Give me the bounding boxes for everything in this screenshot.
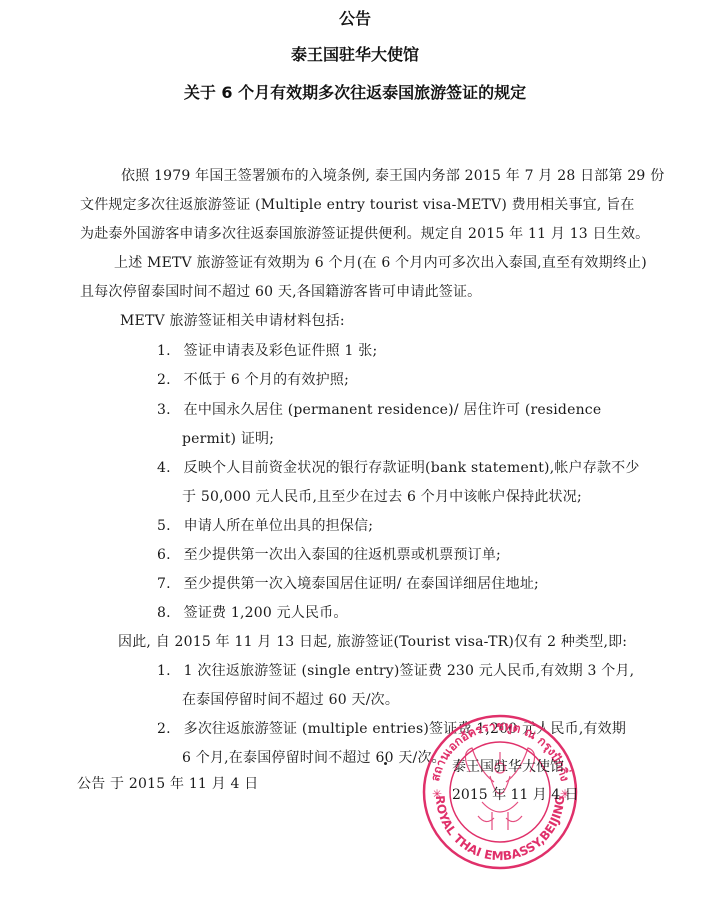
material-item-7: 7. 至少提供第一次入境泰国居住证明/ 在泰国详细居住地址; [157, 573, 539, 593]
material-item-4-cont: 于 50,000 元人民币,且至少在过去 6 个月中该帐户保持此状况; [182, 486, 582, 506]
material-item-2: 2. 不低于 6 个月的有效护照; [157, 369, 349, 389]
material-item-6: 6. 至少提供第一次出入泰国的往返机票或机票预订单; [157, 544, 501, 564]
para2-line1: 上述 METV 旅游签证有效期为 6 个月(在 6 个月内可多次出入泰国,直至有… [114, 252, 647, 272]
material-item-5: 5. 申请人所在单位出具的担保信; [157, 515, 373, 535]
material-item-3: 3. 在中国永久居住 (permanent residence)/ 居住许可 (… [157, 399, 601, 419]
para2-line2: 且每次停留泰国时间不超过 60 天,各国籍游客皆可申请此签证。 [80, 281, 481, 301]
visa-type-1: 1. 1 次往返旅游签证 (single entry)签证费 230 元人民币,… [157, 660, 634, 680]
stray-dot [384, 762, 387, 765]
para1-line3: 为赴泰外国游客申请多次往返泰国旅游签证提供便利。规定自 2015 年 11 月 … [80, 223, 649, 243]
visa-type-1-cont: 在泰国停留时间不超过 60 天/次。 [182, 689, 399, 709]
document-page: 公告 泰王国驻华大使馆 关于 6 个月有效期多次往返泰国旅游签证的规定 依照 1… [0, 0, 710, 900]
para1-line1: 依照 1979 年国王签署颁布的入境条例, 泰王国内务部 2015 年 7 月 … [121, 165, 664, 185]
announcement-date: 公告 于 2015 年 11 月 4 日 [77, 773, 259, 793]
visa-type-2-cont: 6 个月,在泰国停留时间不超过 60 天/次。 [182, 747, 446, 767]
notice-heading: 公告 [0, 6, 710, 29]
material-item-4: 4. 反映个人目前资金状况的银行存款证明(bank statement),帐户存… [157, 457, 640, 477]
materials-intro: METV 旅游签证相关申请材料包括: [120, 310, 345, 330]
issuer-heading: 泰王国驻华大使馆 [0, 42, 710, 65]
svg-text:✳: ✳ [432, 787, 442, 801]
material-item-8: 8. 签证费 1,200 元人民币。 [157, 602, 348, 622]
para1-line2: 文件规定多次往返旅游签证 (Multiple entry tourist vis… [80, 194, 635, 214]
signature-issuer: 泰王国驻华大使馆 [452, 756, 564, 776]
types-intro: 因此, 自 2015 年 11 月 13 日起, 旅游签证(Tourist vi… [118, 631, 627, 651]
material-item-1: 1. 签证申请表及彩色证件照 1 张; [157, 340, 377, 360]
material-item-3-cont: permit) 证明; [182, 428, 274, 448]
signature-date: 2015 年 11 月 4 日 [452, 784, 579, 804]
subject-heading: 关于 6 个月有效期多次往返泰国旅游签证的规定 [0, 80, 710, 103]
